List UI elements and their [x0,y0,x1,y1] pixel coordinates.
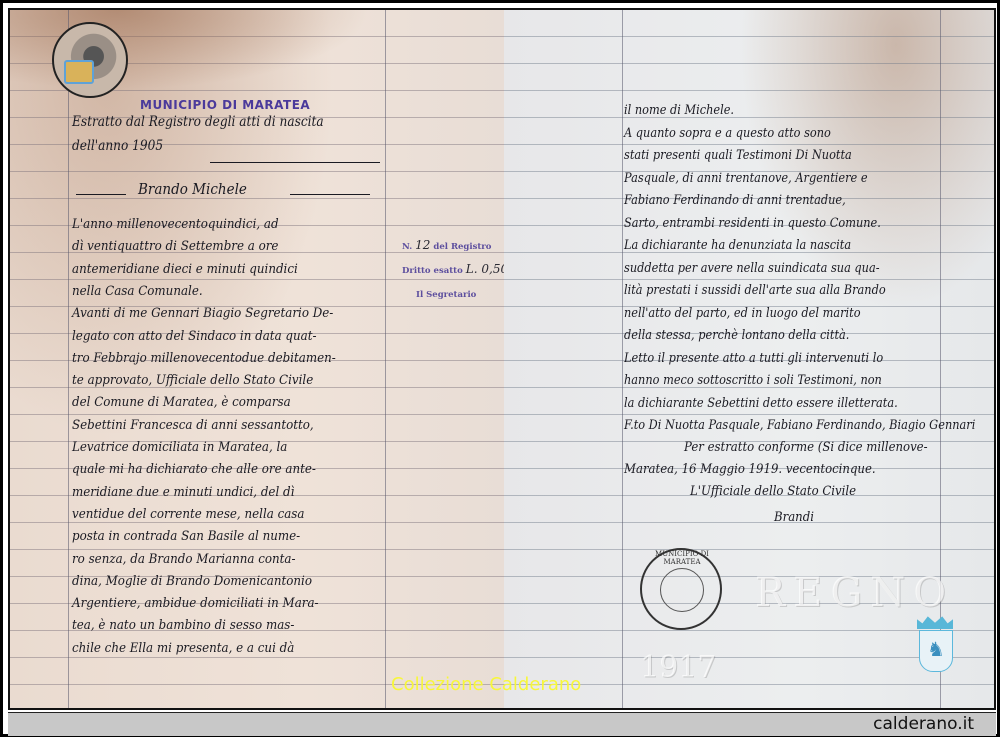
text-line: dì ventiquattro di Settembre a ore [72,239,278,254]
image-frame: MUNICIPIO DI MARATEA Estratto dal Regist… [0,0,1000,737]
text-line: legato con atto del Sindaco in data quat… [72,329,317,344]
secretary-label: Il Segretario [416,290,476,300]
document-scan: MUNICIPIO DI MARATEA Estratto dal Regist… [8,8,996,710]
text-line: hanno meco sottoscritto i soli Testimoni… [624,372,882,387]
text-line: la dichiarante Sebettini detto essere il… [624,395,898,410]
crown-icon [917,615,953,629]
margin-line [622,10,623,708]
heading-line: dell'anno 1905 [72,138,163,154]
text-line: della stessa, perchè lontano della città… [624,327,849,342]
text-line: L'anno millenovecentoquindici, ad [72,217,279,232]
coat-of-arms-icon [915,615,955,673]
text-line: tro Febbrajo millenovecentodue debitamen… [72,351,336,366]
text-line: Avanti di me Gennari Biagio Segretario D… [72,306,333,321]
site-link[interactable]: calderano.it [873,714,974,734]
text-line: Letto il presente atto a tutti gli inter… [624,350,883,365]
text-line: A quanto sopra e a questo atto sono [624,125,831,140]
heading-line: Estratto dal Registro degli atti di nasc… [72,114,324,130]
shield-icon [919,630,953,672]
margin-line [68,10,69,708]
closing-line: Per estratto conforme (Si dice millenove… [684,440,928,455]
text-line: ro senza, da Brando Marianna conta- [72,552,296,567]
embossed-regno: REGNO [755,570,954,616]
text-line: nell'atto del parto, ed in luogo del mar… [624,305,861,320]
divider [290,194,370,195]
footer-bar: calderano.it [8,712,996,736]
closing-line: Brandi [774,510,814,525]
text-line: Pasquale, di anni trentanove, Argentiere… [624,170,868,185]
text-line: chile che Ella mi presenta, e a cui dà [72,641,294,656]
text-line: quale mi ha dichiarato che alle ore ante… [72,462,316,477]
text-line: del Comune di Maratea, è comparsa [72,395,291,410]
text-line: antemeridiane dieci e minuti quindici [72,262,298,277]
text-line: lità prestati i sussidi dell'arte sua al… [624,282,886,297]
register-label: del Registro [433,242,491,252]
text-line: posta in contrada San Basile al nume- [72,529,300,544]
embossed-year: 1917 [640,650,716,685]
fee-label: Dritto esatto [402,266,463,276]
divider [76,194,126,195]
text-line: dina, Moglie di Brando Domenicantonio [72,574,312,589]
text-line: La dichiarante ha denunziata la nascita [624,237,851,252]
text-line: ventidue del corrente mese, nella casa [72,507,304,522]
municipio-stamp: MUNICIPIO DI MARATEA [140,98,310,112]
text-line: Fabiano Ferdinando di anni trentadue, [624,192,846,207]
text-line: F.to Di Nuotta Pasquale, Fabiano Ferdina… [624,417,975,432]
text-line: il nome di Michele. [624,102,734,117]
text-line: Sebettini Francesca di anni sessantotto, [72,418,314,433]
divider [210,162,380,163]
number-label: N. [402,242,412,252]
text-line: stati presenti quali Testimoni Di Nuotta [624,147,852,162]
text-line: Levatrice domiciliata in Maratea, la [72,440,287,455]
text-line: Sarto, entrambi residenti in questo Comu… [624,215,881,230]
text-line: tea, è nato un bambino di sesso mas- [72,618,294,633]
margin-line [385,10,386,708]
left-page: MUNICIPIO DI MARATEA Estratto dal Regist… [10,10,504,708]
crest-icon [64,60,94,84]
text-line: suddetta per avere nella suindicata sua … [624,260,880,275]
municipal-emblem-icon [52,22,128,98]
name-title: Brando Michele [138,180,247,198]
closing-line: Maratea, 16 Maggio 1919. vecentocinque. [624,462,876,477]
seal-text: MUNICIPIO DI MARATEA [644,550,720,566]
text-line: te approvato, Ufficiale dello Stato Civi… [72,373,313,388]
number-value: 12 [415,238,430,252]
text-line: meridiane due e minuti undici, del dì [72,485,294,500]
closing-line: L'Ufficiale dello Stato Civile [690,484,856,499]
watermark: Collezione Calderano [391,674,581,695]
text-line: Argentiere, ambidue domiciliati in Mara- [72,596,319,611]
fee-value: L. 0,50 [466,262,508,276]
text-line: nella Casa Comunale. [72,284,203,299]
